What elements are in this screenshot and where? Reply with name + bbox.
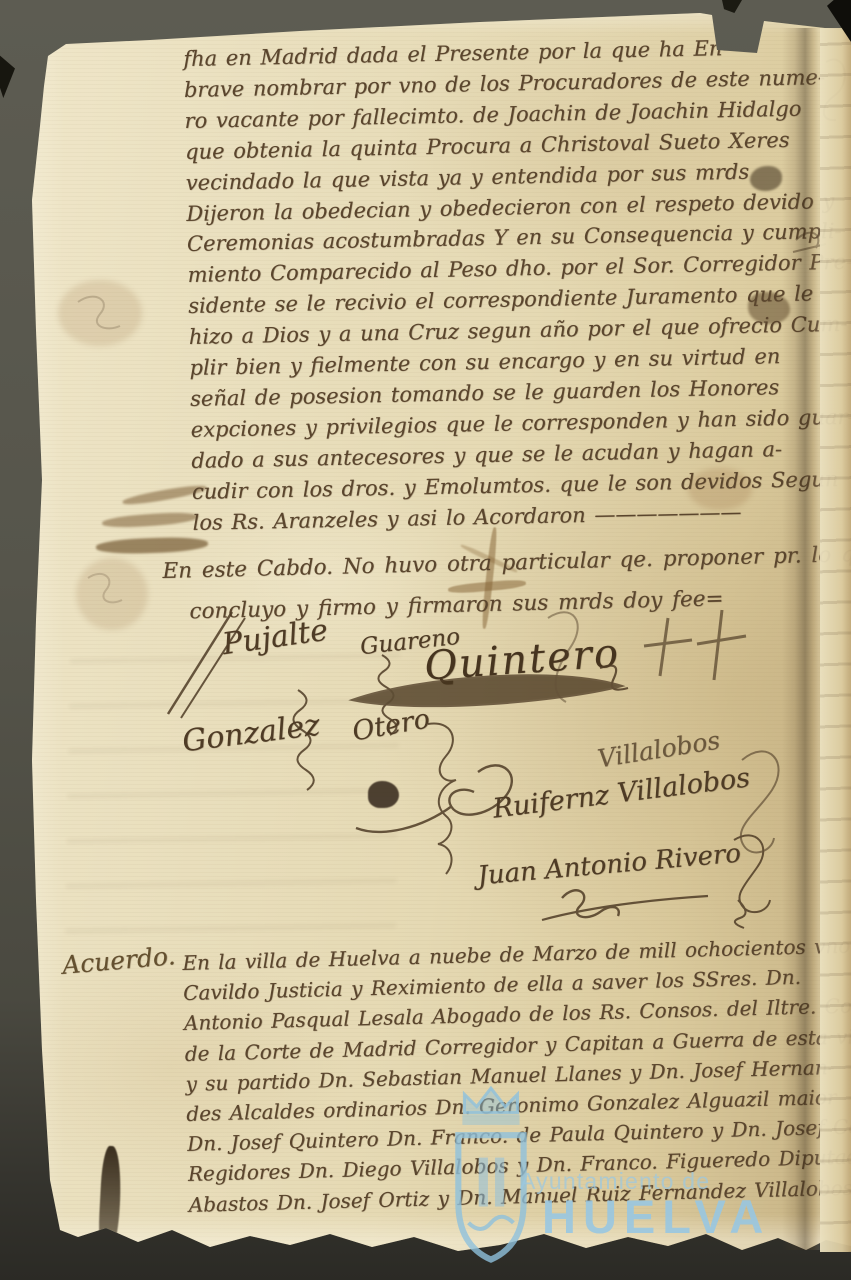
signature-juan-antonio-rivero: Juan Antonio Rivero (476, 839, 742, 892)
closing-formula-text: En este Cabdo. No huvo otra particular q… (162, 535, 814, 633)
photo-corner-tab (722, 0, 742, 13)
archive-photo: fha en Madrid dada el Presente por la qu… (0, 0, 851, 1280)
margin-note-acuerdo: Acuerdo. (61, 941, 177, 980)
manuscript-page: fha en Madrid dada el Presente por la qu… (0, 0, 851, 1256)
act-body-text: fha en Madrid dada el Presente por la qu… (183, 32, 815, 539)
ink-blot (92, 1238, 124, 1254)
foxing-stain (76, 558, 148, 630)
ink-blot (97, 1146, 123, 1259)
foxing-stain (58, 280, 142, 346)
ink-smudge (102, 511, 199, 530)
show-through-text (65, 637, 400, 943)
signature-ruiz-fernandez-villalobos: Ruifernz Villalobos (491, 762, 752, 824)
signature-villalobos: Villalobos (595, 726, 721, 774)
photo-corner-wedge (0, 52, 15, 98)
second-act-body-text: En la villa de Huelva a nuebe de Marzo d… (182, 932, 819, 1220)
